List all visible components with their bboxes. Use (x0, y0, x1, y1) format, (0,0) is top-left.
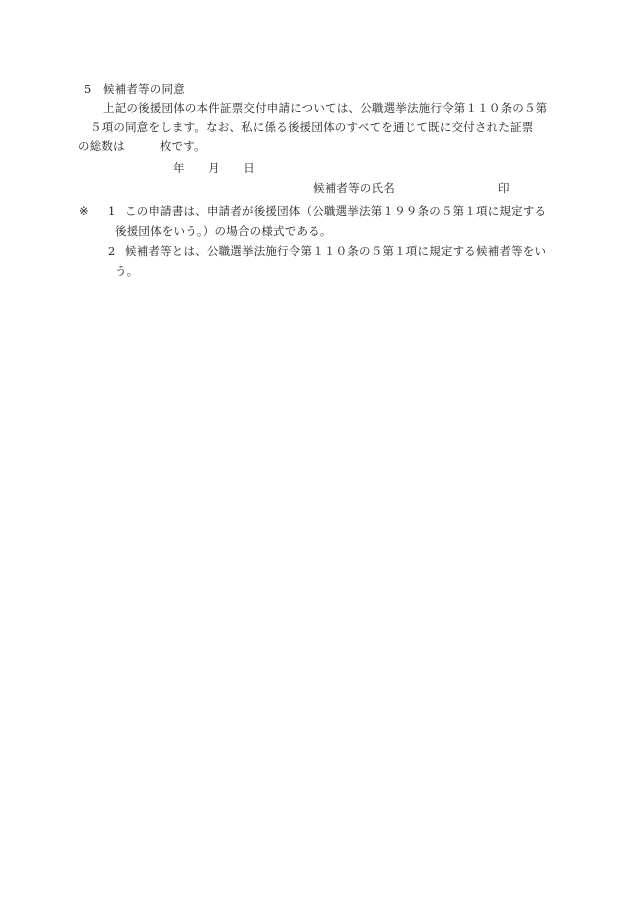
note-1-line-1: この申請書は、申請者が後援団体（公職選挙法第１９９条の５第１項に規定する (125, 204, 546, 218)
body-line-2: ５項の同意をします。なお、私に係る後援団体のすべてを通じて既に交付された証票 (90, 120, 535, 134)
note-1-line-2: 後援団体をいう。）の場合の様式である。 (115, 224, 332, 238)
body-line-3: の総数は 枚です。 (78, 139, 206, 153)
date-line: 年 月 日 (173, 161, 255, 175)
note-2-line-1: 候補者等とは、公職選挙法施行令第１１０条の５第１項に規定する候補者等をい (125, 244, 546, 258)
section-heading: 候補者等の同意 (103, 82, 185, 96)
body-line-1: 上記の後援団体の本件証票交付申請については、公職選挙法施行令第１１０条の５第 (103, 101, 535, 115)
note-mark: ※ (79, 204, 89, 218)
note-2-number: 2 (108, 244, 116, 258)
note-1-number: 1 (108, 204, 116, 218)
section-number: 5 (84, 82, 92, 96)
note-2-line-2: う。 (115, 264, 138, 278)
signature-label: 候補者等の氏名 (313, 181, 395, 195)
seal-mark: 印 (498, 181, 510, 195)
